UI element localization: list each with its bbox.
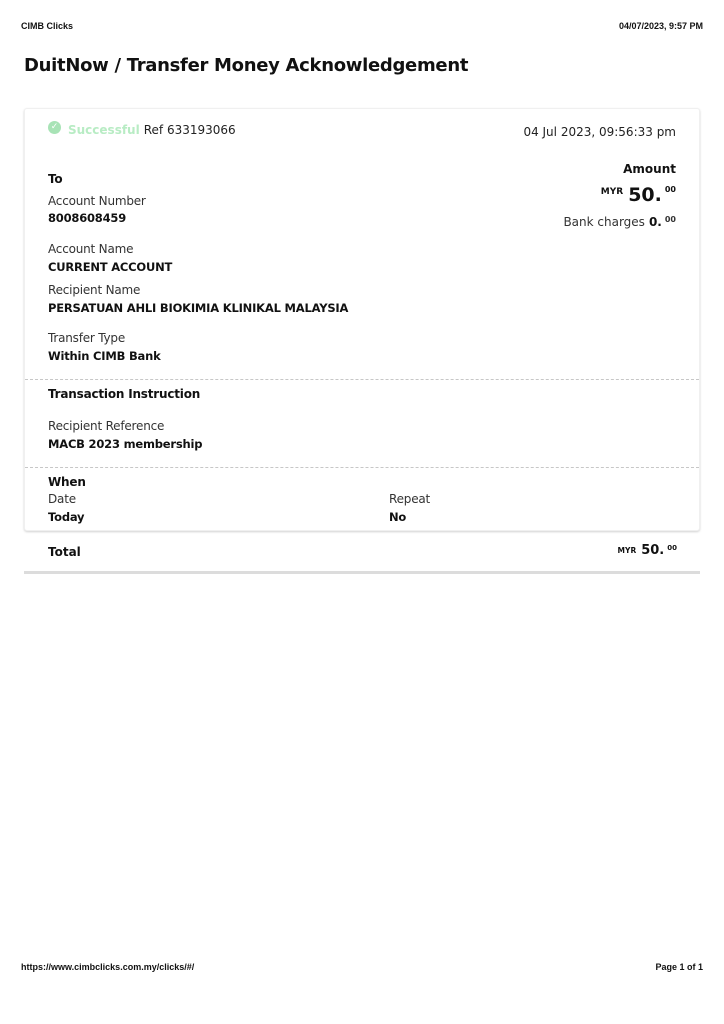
repeat-value: No (389, 510, 406, 524)
status-row: ✓ Successful Ref 633193066 (48, 123, 236, 137)
repeat-label: Repeat (389, 492, 430, 506)
bank-charges-cents: 00 (665, 215, 676, 224)
bank-charges-whole: 0. (649, 215, 662, 229)
total-cents: 00 (667, 544, 677, 552)
to-heading: To (48, 172, 62, 186)
date-value: Today (48, 510, 84, 524)
section-divider (25, 379, 699, 380)
amount-currency: MYR (601, 187, 623, 197)
recipient-reference-value: MACB 2023 membership (48, 437, 202, 451)
amount-value: MYR 50. 00 (601, 184, 676, 206)
recipient-reference-label: Recipient Reference (48, 419, 164, 433)
status-badge: Successful (68, 123, 140, 137)
total-label: Total (48, 545, 81, 559)
amount-label: Amount (623, 162, 676, 176)
print-site-name: CIMB Clicks (21, 21, 73, 31)
instruction-heading: Transaction Instruction (48, 387, 200, 401)
amount-cents: 00 (665, 185, 676, 194)
total-amount: MYR 50. 00 (618, 543, 677, 559)
total-bar: Total MYR 50. 00 (24, 538, 700, 574)
page-url: https://www.cimbclicks.com.my/clicks/#/ (21, 962, 194, 972)
recipient-name-label: Recipient Name (48, 283, 140, 297)
bank-charges-label: Bank charges (563, 215, 645, 229)
total-whole: 50. (641, 543, 664, 559)
when-heading: When (48, 475, 86, 489)
date-label: Date (48, 492, 76, 506)
print-timestamp: 04/07/2023, 9:57 PM (619, 21, 703, 31)
account-number-value: 8008608459 (48, 211, 126, 225)
page-number: Page 1 of 1 (655, 962, 703, 972)
print-footer: https://www.cimbclicks.com.my/clicks/#/ … (21, 962, 703, 972)
bank-charges: Bank charges 0. 00 (563, 215, 676, 229)
print-header: CIMB Clicks 04/07/2023, 9:57 PM (21, 21, 703, 31)
account-number-label: Account Number (48, 194, 146, 208)
check-circle-icon: ✓ (48, 121, 61, 134)
reference-number: Ref 633193066 (144, 123, 236, 137)
transaction-card: ✓ Successful Ref 633193066 04 Jul 2023, … (24, 108, 700, 531)
transaction-datetime: 04 Jul 2023, 09:56:33 pm (523, 125, 676, 139)
page-title: DuitNow / Transfer Money Acknowledgement (24, 55, 468, 76)
recipient-name-value: PERSATUAN AHLI BIOKIMIA KLINIKAL MALAYSI… (48, 301, 348, 315)
total-currency: MYR (618, 546, 637, 555)
account-name-value: CURRENT ACCOUNT (48, 260, 172, 274)
transfer-type-value: Within CIMB Bank (48, 349, 161, 363)
account-name-label: Account Name (48, 242, 133, 256)
transfer-type-label: Transfer Type (48, 331, 125, 345)
section-divider (25, 467, 699, 468)
amount-whole: 50. (628, 184, 662, 206)
